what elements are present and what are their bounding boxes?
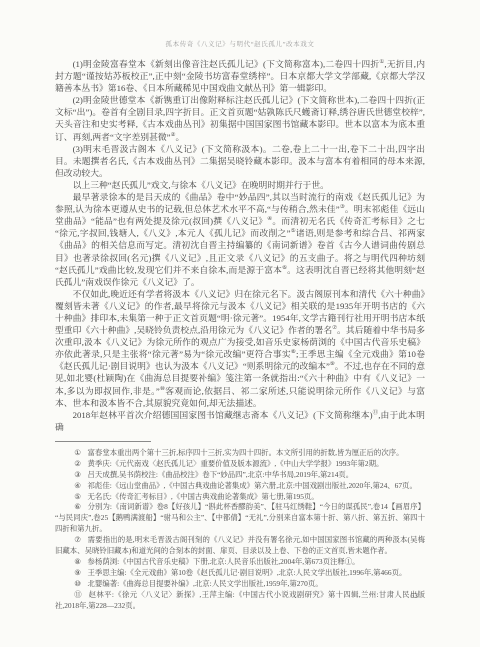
footnote-marker: ④ (74, 481, 81, 490)
footnote-separator (55, 441, 151, 442)
footnote-marker: ② (74, 459, 81, 468)
footnote-marker: ⑤ (74, 492, 81, 501)
footnote-marker: ⑦ (74, 535, 81, 544)
footnote-marker: ⑪ (74, 590, 82, 599)
footnote-text: 参杨荫浏:《中国古代音乐史稿》下册,北京:人民音乐出版社,2004年,第673页… (88, 557, 360, 566)
footnote-item: ③吕天成撰,吴书荫校注:《曲品校注》卷下“妙品四”,北京:中华书局,2019年,… (55, 470, 425, 481)
document-page: 孤本传奇《八义记》与明代“赵氏孤儿”改本戏文 (1)明金陵富春堂本《新刻出像音注… (0, 0, 480, 647)
footnote-text: 王季思主编:《全元戏曲》第10卷《赵氏孤儿记·剧目说明》,北京:人民文学出版社,… (88, 568, 407, 577)
body-paragraph-7: 2018年赵林平首次介绍德国国家图书馆藏继志斋本《八义记》(下文简称继本)⑪,由… (55, 409, 425, 433)
footnote-marker: ⑥ (74, 502, 81, 511)
footnote-item: ⑧参杨荫浏:《中国古代音乐史稿》下册,北京:人民音乐出版社,2004年,第673… (55, 557, 425, 568)
footnote-text: 黄季庆:《元代南戏〈赵氏孤儿记〉重要价值及版本源流》,《中山大学学报》1993年… (88, 459, 384, 468)
footnote-item: ④祁彪佳:《远山堂曲品》,《中国古典戏曲论著集成》第六册,北京:中国戏剧出版社,… (55, 481, 425, 492)
footnote-item: ⑨王季思主编:《全元戏曲》第10卷《赵氏孤儿记·剧目说明》,北京:人民文学出版社… (55, 568, 425, 579)
body-paragraph-2: (2)明金陵世德堂本《新镌重订出像附释标注赵氏孤儿记》(下文简称世本),二卷四十… (55, 94, 425, 142)
footnote-item: ⑥分别为:《南词新谱》卷8【好孩儿】“斟此杯香醪韵美”、【驻马红绣鞋】“今日的谋… (55, 502, 425, 535)
footnote-text: 祁彪佳:《远山堂曲品》,《中国古典戏曲论著集成》第六册,北京:中国戏剧出版社,2… (88, 481, 417, 490)
footnote-text: 需要指出的是,明末毛晋汲古阁刊刻的《八义记》并没有署名徐元,如中国国家图书馆藏的… (55, 535, 425, 555)
footnote-text: 赵林平:《徐元〈八义记〉新探》,王萍主编:《中国古代小说戏剧研究》第十四辑,兰州… (55, 590, 425, 610)
footnote-marker: ⑩ (74, 579, 81, 588)
footnote-text: 吕天成撰,吴书荫校注:《曲品校注》卷下“妙品四”,北京:中华书局,2019年,第… (88, 470, 354, 479)
body-paragraph-5: 最早著录徐本的是吕天成的《曲品》卷中“妙品四”,其以当时流行的南戏《赵氏孤儿记》… (55, 191, 425, 288)
page-content: (1)明金陵富春堂本《新刻出像音注赵氏孤儿记》(下文简称富本),二卷四十四折①,… (55, 58, 425, 612)
footnote-item: ⑦需要指出的是,明末毛晋汲古阁刊刻的《八义记》并没有署名徐元,如中国国家图书馆藏… (55, 535, 425, 557)
footnote-marker: ① (74, 448, 81, 457)
footnote-item: ⑩北婴编著:《曲海总目提要补编》,北京:人民文学出版社,1959年,第270页。 (55, 579, 425, 590)
footnote-marker: ⑧ (74, 557, 81, 566)
footnote-item: ⑤无名氏:《传奇汇考标目》,《中国古典戏曲论著集成》第七册,第195页。 (55, 492, 425, 503)
footnotes-section: ①富春堂本重出两个第十三折,标序四十三折,实为四十四折。本文所引用的折数,皆为厘… (55, 448, 425, 612)
footnote-text: 北婴编著:《曲海总目提要补编》,北京:人民文学出版社,1959年,第270页。 (88, 579, 323, 588)
footnote-item: ⑪赵林平:《徐元〈八义记〉新探》,王萍主编:《中国古代小说戏剧研究》第十四辑,兰… (55, 590, 425, 612)
footnote-text: 分别为:《南词新谱》卷8【好孩儿】“斟此杯香醪韵美”、【驻马红绣鞋】“今日的谋孤… (55, 502, 425, 533)
body-paragraph-6: 不仅如此,晚近还有学者将汲本《八义记》归在徐元名下。汲古阁原刊本和清代《六十种曲… (55, 288, 425, 409)
footnote-item: ①富春堂本重出两个第十三折,标序四十三折,实为四十四折。本文所引用的折数,皆为厘… (55, 448, 425, 459)
page-number: 63 (411, 591, 419, 600)
footnote-marker: ③ (74, 470, 81, 479)
body-paragraph-3: (3)明末毛晋汲古阁本《八义记》(下文简称汲本)。二卷,卷上二十一出,卷下二十出… (55, 143, 425, 179)
footnote-text: 富春堂本重出两个第十三折,标序四十三折,实为四十四折。本文所引用的折数,皆为厘正… (88, 448, 404, 457)
footnote-item: ②黄季庆:《元代南戏〈赵氏孤儿记〉重要价值及版本源流》,《中山大学学报》1993… (55, 459, 425, 470)
footnote-text: 无名氏:《传奇汇考标目》,《中国古典戏曲论著集成》第七册,第195页。 (88, 492, 319, 501)
body-paragraph-1: (1)明金陵富春堂本《新刻出像音注赵氏孤儿记》(下文简称富本),二卷四十四折①,… (55, 58, 425, 94)
footnote-marker: ⑨ (74, 568, 81, 577)
running-header: 孤本传奇《八义记》与明代“赵氏孤儿”改本戏文 (0, 39, 480, 48)
body-paragraph-4: 以上三种“赵氏孤儿”戏文,与徐本《八义记》在晚明时期并行于世。 (55, 179, 425, 191)
